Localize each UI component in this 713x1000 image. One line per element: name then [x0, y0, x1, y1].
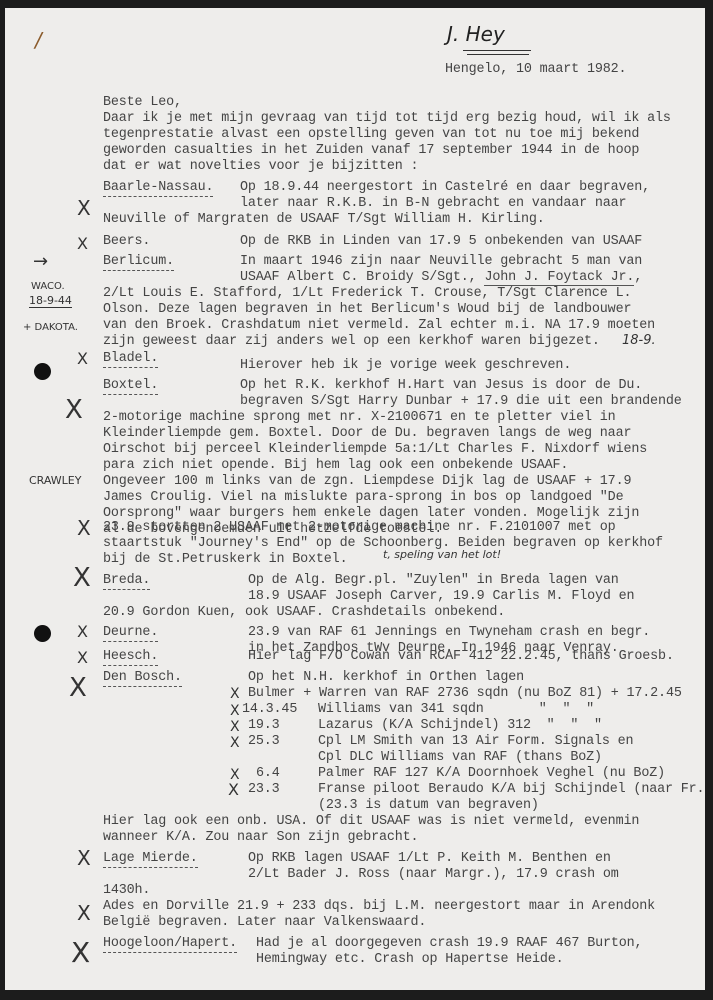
entry-line: James Croulig. Viel na mislukte para-spr… — [103, 490, 623, 506]
entry-line: Oirschot bij perceel Kleinderliempde 5a:… — [103, 442, 647, 458]
x-mark-icon: X — [65, 400, 83, 420]
row-text: Cpl LM Smith van 13 Air Form. Signals en — [318, 734, 633, 750]
row-text: Franse piloot Beraudo K/A bij Schijndel … — [318, 782, 704, 798]
place-heading: Den Bosch. — [103, 670, 182, 687]
handwritten-note: t, speling van het lot! — [383, 548, 501, 561]
place-heading: Beers. — [103, 234, 150, 250]
row-text: Palmer RAF 127 K/A Doornhoek Veghel (nu … — [318, 766, 665, 782]
entry-line: Kleinderliempde gem. Boxtel. Door de Du.… — [103, 426, 631, 442]
entry-text: USAAF Albert C. Broidy S/Sgt., — [240, 270, 484, 285]
handwritten-signature: J. Hey — [447, 22, 505, 46]
entry-line: Op het R.K. kerkhof H.Hart van Jesus is … — [240, 378, 642, 394]
handwritten-note: 18-9. — [622, 333, 656, 348]
row-text: (23.3 is datum van begraven) — [318, 798, 539, 814]
intro-line: geworden casualties in het Zuiden vanaf … — [103, 143, 639, 159]
punch-hole — [34, 363, 51, 380]
letter-page: J. Hey Hengelo, 10 maart 1982. / Beste L… — [5, 8, 705, 990]
entry-line: Had je al doorgegeven crash 19.9 RAAF 46… — [256, 936, 642, 952]
entry-line: begraven S/Sgt Harry Dunbar + 17.9 die u… — [240, 394, 682, 410]
row-date: 23.3 — [248, 782, 280, 798]
signature-underline — [463, 50, 531, 51]
margin-note-dakota: + DAKOTA. — [23, 322, 78, 333]
entry-line: Op het N.H. kerkhof in Orthen lagen — [248, 670, 524, 686]
row-text: Lazarus (K/A Schijndel) 312 " " " — [318, 718, 602, 734]
place-heading: Hoogeloon/Hapert. — [103, 936, 237, 953]
intro-line: tegenprestatie alvast een opstelling gev… — [103, 127, 639, 143]
entry-line: Hemingway etc. Crash op Hapertse Heide. — [256, 952, 564, 968]
row-text: Williams van 341 sqdn " " " — [318, 702, 594, 718]
row-date: 6.4 — [256, 766, 280, 782]
check-mark-icon: X — [77, 622, 88, 642]
margin-tick-mark: / — [35, 28, 42, 52]
entry-line: Neuville of Margraten de USAAF T/Sgt Wil… — [103, 212, 545, 228]
entry-line: later naar R.K.B. in B-N gebracht en van… — [240, 196, 626, 212]
entry-line: Olson. Deze lagen begraven in het Berlic… — [103, 302, 631, 318]
place-heading: Heesch. — [103, 649, 158, 666]
place-heading: Deurne. — [103, 625, 158, 642]
salutation: Beste Leo, — [103, 95, 182, 111]
place-heading: Bladel. — [103, 351, 158, 368]
entry-line: België begraven. Later naar Valkenswaard… — [103, 915, 426, 931]
punch-hole — [34, 625, 51, 642]
entry-line: Hierover heb ik je vorige week geschreve… — [240, 358, 571, 374]
x-mark-icon: X — [77, 903, 91, 923]
underlined-name: John J. Foytack Jr. — [484, 270, 634, 286]
entry-line: wanneer K/A. Zou naar Son zijn gebracht. — [103, 830, 418, 846]
row-date: 14.3.45 — [242, 702, 297, 717]
entry-line: 18.9 USAAF Joseph Carver, 19.9 Carlis M.… — [248, 589, 634, 605]
place-heading: Lage Mierde. — [103, 851, 198, 868]
x-mark-icon: X — [69, 678, 87, 698]
check-mark-icon: X — [77, 349, 88, 369]
x-mark-icon: X — [77, 848, 91, 868]
entry-line: 1430h. — [103, 883, 150, 899]
x-mark-icon: X — [77, 234, 88, 254]
casualty-row: 14.3.45 — [242, 702, 297, 718]
place-heading: Baarle-Nassau. — [103, 180, 213, 197]
margin-note-date: 18-9-44 — [29, 294, 72, 308]
entry-line: van den Broek. Crashdatum niet vermeld. … — [103, 318, 655, 334]
place-date: Hengelo, 10 maart 1982. — [445, 62, 626, 78]
place-heading: Boxtel. — [103, 378, 158, 395]
entry-line: 2-motorige machine sprong met nr. X-2100… — [103, 410, 616, 426]
entry-line: 23.9 stortten 2 USAAF met 2-motorige mac… — [103, 520, 616, 536]
entry-line: 23.9 van RAF 61 Jennings en Twyneham cra… — [248, 625, 650, 641]
entry-line: Hier lag ook een onb. USA. Of dit USAAF … — [103, 814, 639, 830]
x-mark-icon: X — [77, 198, 91, 218]
x-mark-icon: X — [71, 943, 90, 963]
entry-line: zijn geweest daar zij anders wel op een … — [103, 334, 600, 350]
entry-line: 2/Lt Louis E. Stafford, 1/Lt Frederick T… — [103, 286, 631, 302]
entry-line: Op de Alg. Begr.pl. "Zuylen" in Breda la… — [248, 573, 619, 589]
entry-line: Op 18.9.44 neergestort in Castelré en da… — [240, 180, 650, 196]
place-heading: Berlicum. — [103, 254, 174, 271]
x-mark-icon: X — [73, 568, 91, 588]
entry-text: , — [634, 270, 642, 285]
entry-line: 20.9 Gordon Kuen, ook USAAF. Crashdetail… — [103, 605, 505, 621]
entry-line: para zich niet opende. Bij hem lag ook e… — [103, 458, 568, 474]
entry-line: In maart 1946 zijn naar Neuville gebrach… — [240, 254, 642, 270]
place-heading: Breda. — [103, 573, 150, 590]
entry-line: Ongeveer 100 m links van de zgn. Liempde… — [103, 474, 631, 490]
check-mark-icon: X — [230, 733, 240, 753]
entry-line: Op de RKB in Linden van 17.9 5 onbekende… — [240, 234, 642, 250]
margin-note-crawley: CRAWLEY — [29, 474, 81, 487]
entry-line: 2/Lt Bader J. Ross (naar Margr.), 17.9 c… — [248, 867, 619, 883]
entry-line: Bulmer + Warren van RAF 2736 sqdn (nu Bo… — [248, 686, 682, 702]
signature-underline-2 — [467, 54, 529, 55]
entry-line: bij de St.Petruskerk in Boxtel. — [103, 552, 347, 568]
row-text: Cpl DLC Williams van RAF (thans BoZ) — [318, 750, 602, 766]
margin-note-waco: WACO. — [31, 281, 65, 292]
entry-line: Op RKB lagen USAAF 1/Lt P. Keith M. Bent… — [248, 851, 611, 867]
x-mark-icon: X — [77, 648, 88, 668]
entry-line: Hier lag F/O Cowan van RCAF 412 22.2.45,… — [248, 649, 674, 665]
x-mark-icon: X — [228, 780, 239, 800]
entry-line: Ades en Dorville 21.9 + 233 dqs. bij L.M… — [103, 899, 655, 915]
intro-line: dat er wat novelties voor je bijzitten : — [103, 159, 418, 175]
row-date: 25.3 — [248, 734, 280, 750]
arrow-icon: → — [33, 252, 48, 272]
intro-line: Daar ik je met mijn gevraag van tijd tot… — [103, 111, 671, 127]
x-mark-icon: X — [77, 518, 91, 538]
row-date: 19.3 — [248, 718, 280, 734]
